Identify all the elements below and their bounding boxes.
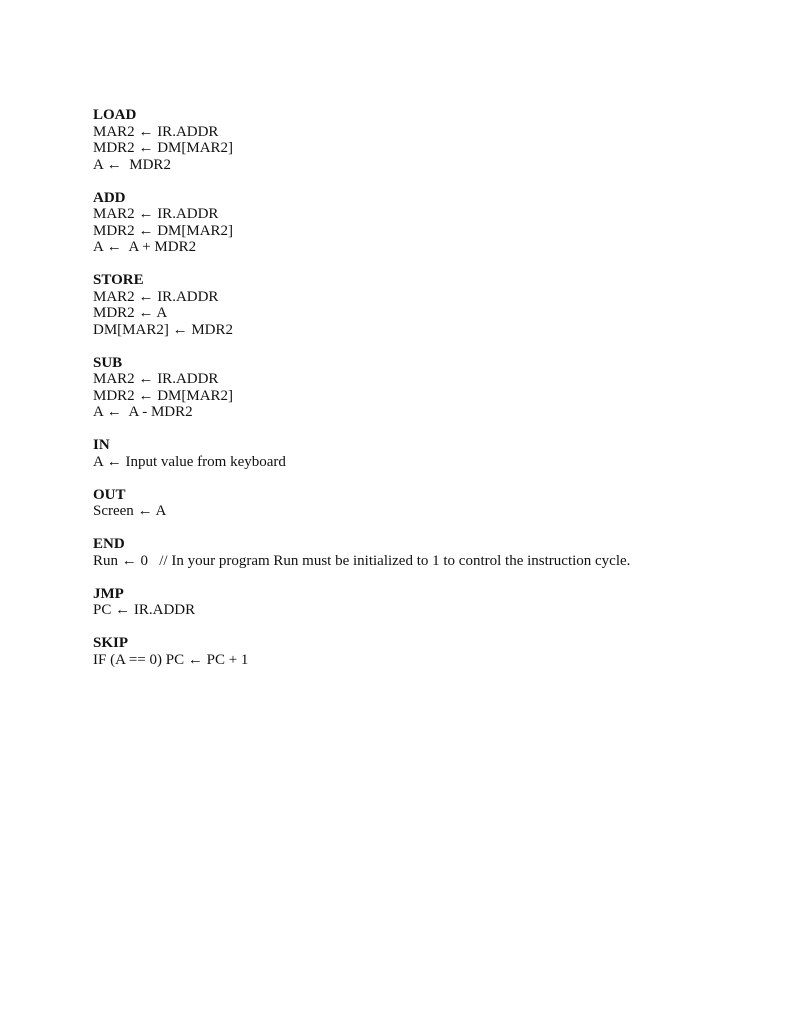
code-line: MAR2 ← IR.ADDR — [93, 371, 630, 388]
left-arrow-glyph: ← — [107, 404, 122, 420]
code-line: MDR2 ← DM[MAR2] — [93, 140, 630, 157]
code-line: A ← Input value from keyboard — [93, 454, 630, 471]
left-arrow-glyph: ← — [138, 206, 153, 222]
instruction-title: SUB — [93, 355, 630, 372]
section-skip: SKIP IF (A == 0) PC ← PC + 1 — [93, 635, 630, 668]
section-end: END Run ← 0 // In your program Run must … — [93, 536, 630, 569]
left-arrow-glyph: ← — [138, 124, 153, 140]
left-arrow-glyph: ← — [107, 454, 122, 470]
instruction-title: STORE — [93, 272, 630, 289]
left-arrow-glyph: ← — [138, 223, 153, 239]
code-line: IF (A == 0) PC ← PC + 1 — [93, 652, 630, 669]
left-arrow-glyph: ← — [107, 157, 122, 173]
section-sub: SUB MAR2 ← IR.ADDR MDR2 ← DM[MAR2] A ← A… — [93, 355, 630, 421]
document-root: { "doc": { "background_color": "#ffffff"… — [0, 0, 791, 1024]
code-line: MDR2 ← DM[MAR2] — [93, 388, 630, 405]
left-arrow-glyph: ← — [138, 503, 153, 519]
section-out: OUT Screen ← A — [93, 487, 630, 520]
code-line: Screen ← A — [93, 503, 630, 520]
left-arrow-glyph: ← — [138, 140, 153, 156]
code-line: A ← A - MDR2 — [93, 404, 630, 421]
left-arrow-glyph: ← — [138, 371, 153, 387]
code-line: A ← MDR2 — [93, 157, 630, 174]
instruction-title: ADD — [93, 190, 630, 207]
instruction-title: IN — [93, 437, 630, 454]
left-arrow-glyph: ← — [138, 289, 153, 305]
code-line: Run ← 0 // In your program Run must be i… — [93, 553, 630, 570]
left-arrow-glyph: ← — [122, 553, 137, 569]
section-store: STORE MAR2 ← IR.ADDR MDR2 ← A DM[MAR2] ←… — [93, 272, 630, 338]
left-arrow-glyph: ← — [107, 239, 122, 255]
code-line: A ← A + MDR2 — [93, 239, 630, 256]
section-jmp: JMP PC ← IR.ADDR — [93, 586, 630, 619]
code-line: MAR2 ← IR.ADDR — [93, 124, 630, 141]
code-line: MAR2 ← IR.ADDR — [93, 206, 630, 223]
code-line: MAR2 ← IR.ADDR — [93, 289, 630, 306]
document-page: LOAD MAR2 ← IR.ADDR MDR2 ← DM[MAR2] A ← … — [0, 0, 791, 1024]
left-arrow-glyph: ← — [138, 305, 153, 321]
code-line: MDR2 ← DM[MAR2] — [93, 223, 630, 240]
section-load: LOAD MAR2 ← IR.ADDR MDR2 ← DM[MAR2] A ← … — [93, 107, 630, 173]
instruction-title: OUT — [93, 487, 630, 504]
instruction-title: LOAD — [93, 107, 630, 124]
instruction-title: END — [93, 536, 630, 553]
section-in: IN A ← Input value from keyboard — [93, 437, 630, 470]
instruction-set-listing: LOAD MAR2 ← IR.ADDR MDR2 ← DM[MAR2] A ← … — [93, 107, 630, 685]
code-line: PC ← IR.ADDR — [93, 602, 630, 619]
instruction-title: SKIP — [93, 635, 630, 652]
left-arrow-glyph: ← — [138, 388, 153, 404]
left-arrow-glyph: ← — [115, 602, 130, 618]
code-line: DM[MAR2] ← MDR2 — [93, 322, 630, 339]
left-arrow-glyph: ← — [188, 652, 203, 668]
left-arrow-glyph: ← — [173, 322, 188, 338]
section-add: ADD MAR2 ← IR.ADDR MDR2 ← DM[MAR2] A ← A… — [93, 190, 630, 256]
instruction-title: JMP — [93, 586, 630, 603]
code-line: MDR2 ← A — [93, 305, 630, 322]
